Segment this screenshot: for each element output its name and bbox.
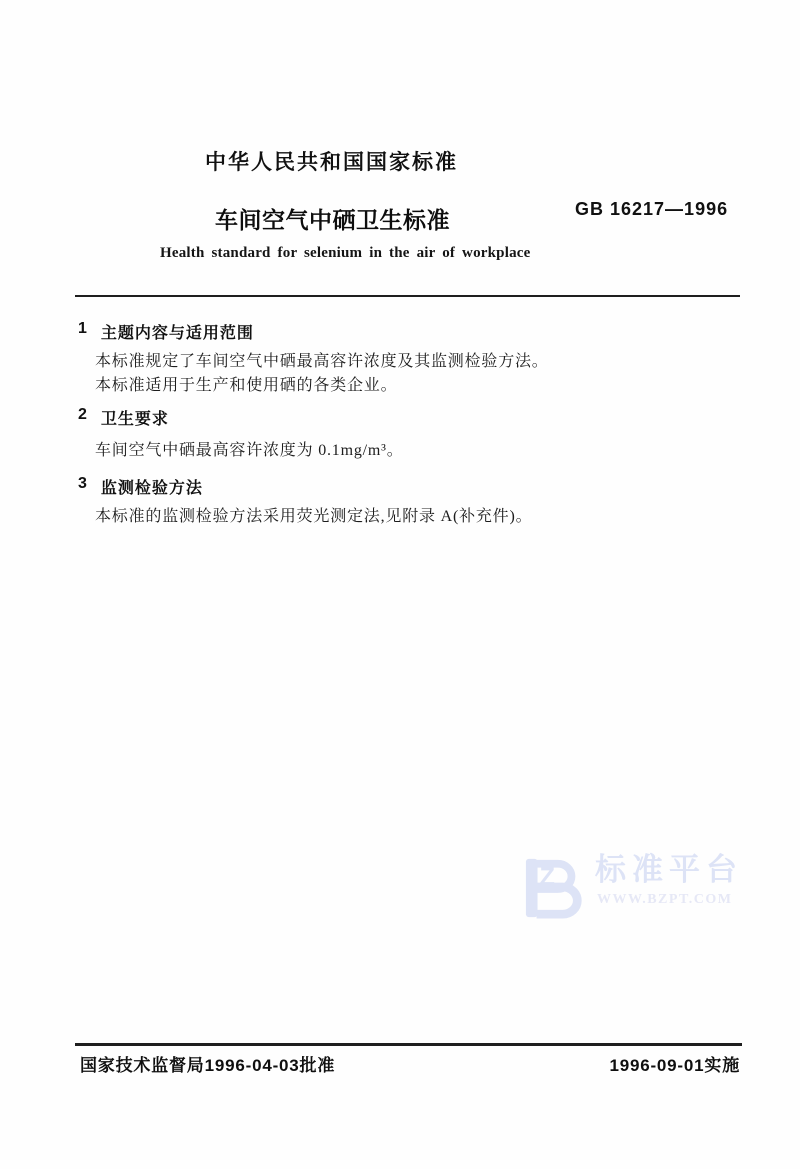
section-1-number: 1	[78, 320, 88, 343]
section-3-title: 监测检验方法	[101, 475, 203, 498]
section-1-body: 本标准规定了车间空气中硒最高容许浓度及其监测检验方法。 本标准适用于生产和使用硒…	[95, 350, 549, 398]
section-2-number: 2	[78, 406, 88, 429]
section-1-heading: 1 主题内容与适用范围	[78, 320, 254, 343]
section-3-number: 3	[78, 475, 88, 498]
standard-code: GB 16217—1996	[575, 199, 728, 220]
svg-text:Z: Z	[539, 863, 554, 891]
watermark: Z 标准平台 WWW.BZPT.COM	[523, 850, 743, 920]
document-title-english: Health standard for selenium in the air …	[160, 245, 531, 262]
watermark-text: 标准平台 WWW.BZPT.COM	[595, 850, 743, 908]
section-2-heading: 2 卫生要求	[78, 406, 169, 429]
section-2-body: 车间空气中硒最高容许浓度为 0.1mg/m³。	[95, 439, 404, 463]
section-3-paragraph: 本标准的监测检验方法采用荧光测定法,见附录 A(补充件)。	[95, 505, 532, 529]
section-3-body: 本标准的监测检验方法采用荧光测定法,见附录 A(补充件)。	[95, 505, 532, 529]
section-2-paragraph: 车间空气中硒最高容许浓度为 0.1mg/m³。	[95, 439, 404, 463]
bzpt-logo-icon: Z	[523, 856, 587, 920]
footer-divider-rule	[75, 1043, 742, 1046]
section-1-paragraph: 本标准规定了车间空气中硒最高容许浓度及其监测检验方法。	[95, 350, 549, 374]
national-standard-label: 中华人民共和国国家标准	[205, 146, 458, 176]
watermark-name: 标准平台	[595, 850, 743, 890]
section-2-title: 卫生要求	[101, 406, 169, 429]
implementation-note: 1996-09-01实施	[609, 1051, 740, 1076]
scanned-standard-document-page: 中华人民共和国国家标准 车间空气中硒卫生标准 GB 16217—1996 Hea…	[0, 0, 800, 1169]
watermark-url: WWW.BZPT.COM	[597, 892, 743, 908]
section-1-paragraph: 本标准适用于生产和使用硒的各类企业。	[95, 374, 549, 398]
approval-note: 国家技术监督局1996-04-03批准	[80, 1051, 335, 1076]
header-divider-rule	[75, 295, 740, 297]
section-3-heading: 3 监测检验方法	[78, 475, 203, 498]
document-title-chinese: 车间空气中硒卫生标准	[215, 202, 450, 235]
section-1-title: 主题内容与适用范围	[101, 320, 254, 343]
